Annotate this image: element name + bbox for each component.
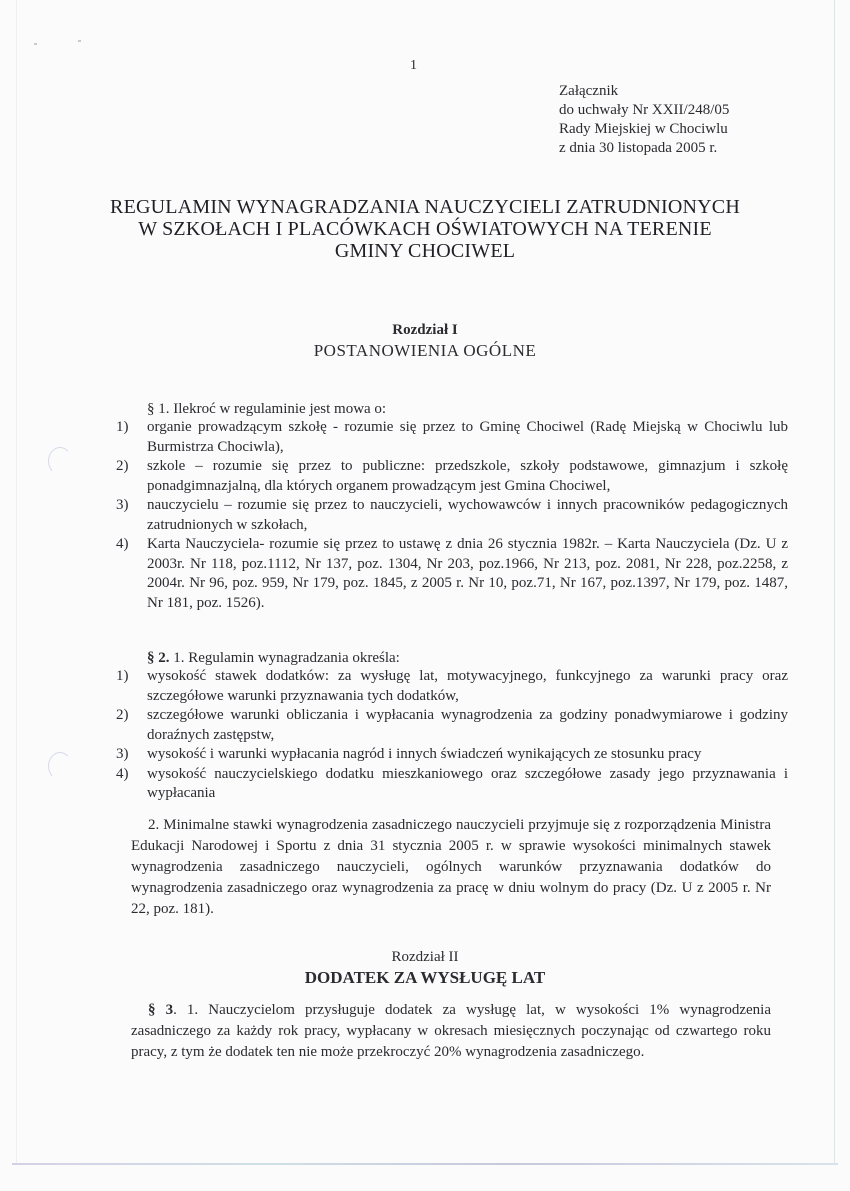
attachment-line: Rady Miejskiej w Chociwlu (559, 120, 729, 139)
section-intro: § 2. 1. Regulamin wynagradzania określa: (147, 648, 400, 668)
chapter-heading: Rozdział I POSTANOWIENIA OGÓLNE (0, 320, 850, 361)
title-line: W SZKOŁACH I PLACÓWKACH OŚWIATOWYCH NA T… (80, 218, 770, 240)
list-item: 2) szczegółowe warunki obliczania i wypł… (116, 706, 788, 745)
scan-speck (34, 43, 37, 45)
scan-speck (78, 40, 81, 42)
chapter-number: Rozdział II (0, 947, 850, 967)
list-item: 4) wysokość nauczycielskiego dodatku mie… (116, 765, 788, 804)
section-mark: § 1. (147, 401, 170, 417)
scope-list: 1) wysokość stawek dodatków: za wysługę … (116, 667, 788, 804)
attachment-line: Załącznik (559, 82, 729, 101)
paragraph: § 3. 1. Nauczycielom przysługuje dodatek… (131, 1000, 771, 1063)
paragraph: 2. Minimalne stawki wynagrodzenia zasadn… (131, 815, 771, 920)
section-intro-text: Ilekroć w regulaminie jest mowa o: (173, 401, 386, 417)
punch-hole-mark (48, 447, 72, 475)
document-title: REGULAMIN WYNAGRADZANIA NAUCZYCIELI ZATR… (80, 196, 770, 262)
list-item: 3) wysokość i warunki wypłacania nagród … (116, 745, 788, 765)
chapter-title: DODATEK ZA WYSŁUGĘ LAT (0, 967, 850, 988)
list-item: 1) organie prowadzącym szkołę - rozumie … (116, 418, 788, 457)
list-item: 4) Karta Nauczyciela- rozumie się przez … (116, 535, 788, 613)
paragraph-text: . 1. Nauczycielom przysługuje dodatek za… (131, 1002, 771, 1060)
section-intro-text: 1. Regulamin wynagradzania określa: (170, 650, 400, 666)
attachment-note: Załącznik do uchwały Nr XXII/248/05 Rady… (559, 82, 729, 158)
scan-edge-right (834, 0, 835, 1165)
section-mark: § 3 (148, 1002, 173, 1018)
list-item: 3) nauczycielu – rozumie się przez to na… (116, 496, 788, 535)
punch-hole-mark (48, 752, 72, 780)
chapter-title: POSTANOWIENIA OGÓLNE (0, 340, 850, 361)
chapter-number: Rozdział I (0, 320, 850, 340)
page-number: 1 (410, 58, 417, 74)
list-item: 1) wysokość stawek dodatków: za wysługę … (116, 667, 788, 706)
chapter-heading: Rozdział II DODATEK ZA WYSŁUGĘ LAT (0, 947, 850, 988)
scan-edge-bottom (12, 1163, 838, 1165)
title-line: GMINY CHOCIWEL (80, 240, 770, 262)
attachment-line: z dnia 30 listopada 2005 r. (559, 139, 729, 158)
definition-list: 1) organie prowadzącym szkołę - rozumie … (116, 418, 788, 613)
attachment-line: do uchwały Nr XXII/248/05 (559, 101, 729, 120)
paragraph-text: 2. Minimalne stawki wynagrodzenia zasadn… (131, 815, 771, 920)
title-line: REGULAMIN WYNAGRADZANIA NAUCZYCIELI ZATR… (80, 196, 770, 218)
section-mark: § 2. (147, 650, 170, 666)
list-item: 2) szkole – rozumie się przez to publicz… (116, 457, 788, 496)
section-intro: § 1. Ilekroć w regulaminie jest mowa o: (147, 399, 386, 419)
scan-edge-left (16, 0, 17, 1165)
